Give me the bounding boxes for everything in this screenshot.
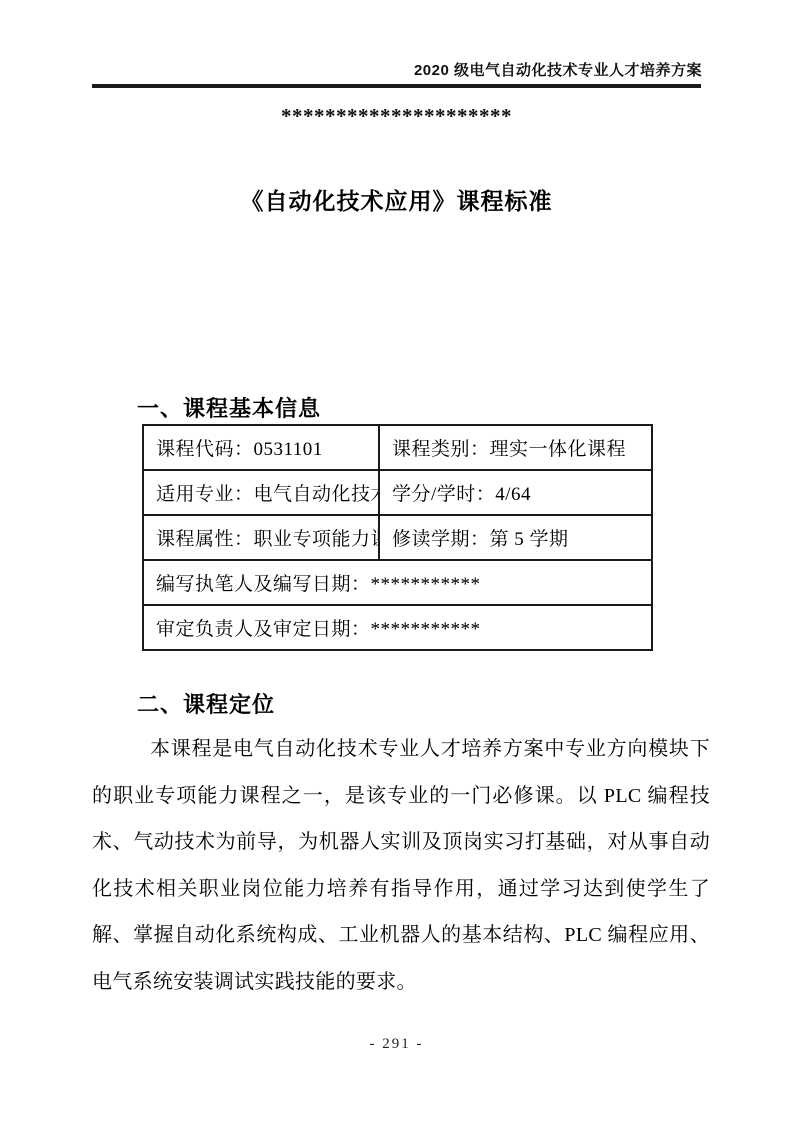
course-info-table: 课程代码：0531101 课程类别：理实一体化课程 适用专业：电气自动化技术 学… [142,424,653,651]
asterisk-separator: ********************* [0,104,793,129]
section-heading-course-positioning: 二、课程定位 [137,688,275,719]
cell-applicable-major: 适用专业：电气自动化技术 [143,470,379,515]
page-header-text: 2020 级电气自动化技术专业人才培养方案 [414,59,702,80]
table-row: 审定负责人及审定日期：*********** [143,605,652,650]
header-double-rule [92,84,701,88]
table-row: 适用专业：电气自动化技术 学分/学时：4/64 [143,470,652,515]
cell-author-date: 编写执笔人及编写日期：*********** [143,560,652,605]
cell-course-attribute: 课程属性：职业专项能力课程 [143,515,379,560]
course-positioning-paragraph: 本课程是电气自动化技术专业人才培养方案中专业方向模块下的职业专项能力课程之一，是… [92,726,710,1005]
table-row: 课程属性：职业专项能力课程 修读学期：第 5 学期 [143,515,652,560]
cell-credits-hours: 学分/学时：4/64 [379,470,652,515]
table-row: 课程代码：0531101 课程类别：理实一体化课程 [143,425,652,470]
cell-reviewer-date: 审定负责人及审定日期：*********** [143,605,652,650]
document-title: 《自动化技术应用》课程标准 [0,183,793,216]
cell-course-code: 课程代码：0531101 [143,425,379,470]
document-page: { "header": { "text": "2020 级电气自动化技术专业人才… [0,0,793,1122]
page-number: - 291 - [0,1036,793,1053]
cell-course-category: 课程类别：理实一体化课程 [379,425,652,470]
table-row: 编写执笔人及编写日期：*********** [143,560,652,605]
section-heading-basic-info: 一、课程基本信息 [137,392,321,423]
cell-study-semester: 修读学期：第 5 学期 [379,515,652,560]
